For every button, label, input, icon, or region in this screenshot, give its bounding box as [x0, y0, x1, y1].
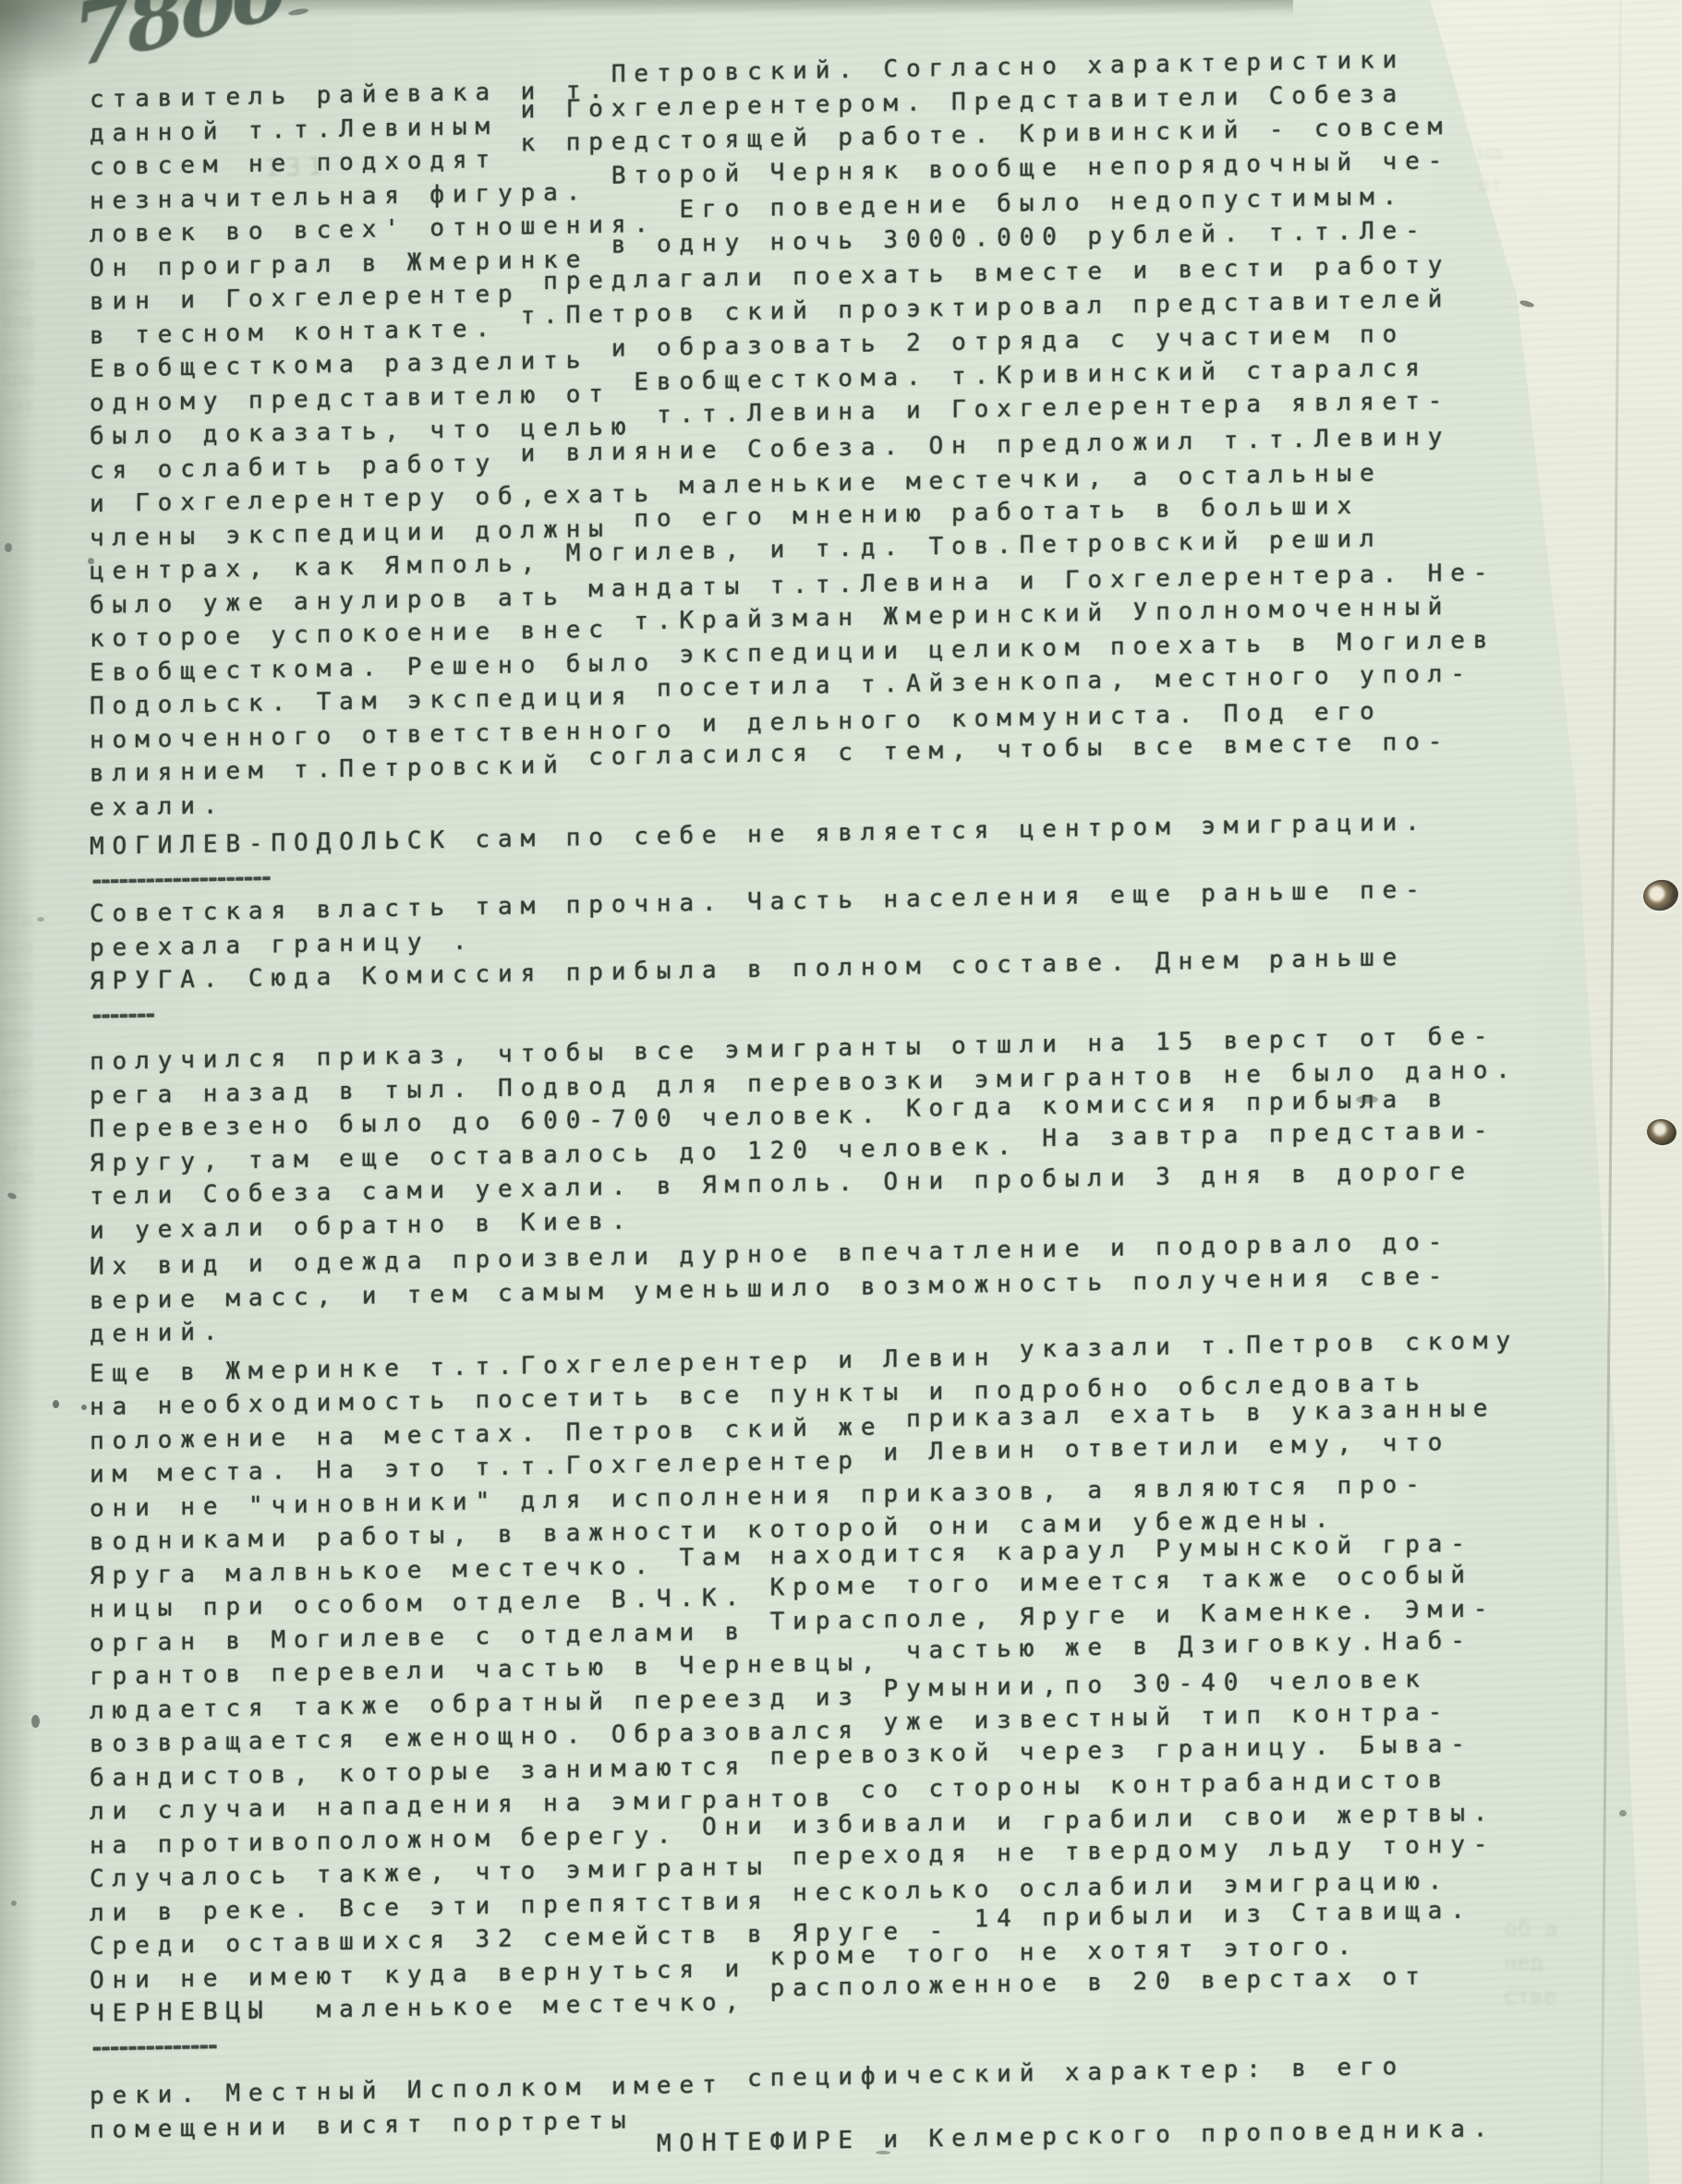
- dirt-speck: [11, 1900, 17, 1906]
- line-segment: МОНТЕФИРЕ и Келмерского проповедника.: [657, 2112, 1495, 2161]
- dirt-speck: [1356, 1095, 1378, 1104]
- dashed-underline: --------------: [90, 2029, 214, 2064]
- typed-line: МОГИЛЕВ-ПОДОЛЬСК сам по себе не является…: [90, 805, 1428, 863]
- dirt-speck: [37, 917, 44, 922]
- dirt-speck: [88, 558, 94, 564]
- dirt-speck: [53, 1400, 59, 1408]
- line-segment: МОГИЛЕВ-ПОДОЛЬСК сам по себе не является…: [90, 805, 1428, 863]
- dirt-speck: [5, 543, 12, 552]
- line-segment: --------------: [90, 2029, 214, 2064]
- dirt-speck: [288, 7, 309, 17]
- left-edge-shadow: [0, 0, 37, 2184]
- typed-line: дений.: [90, 1315, 225, 1351]
- line-segment: -------: [90, 997, 152, 1032]
- typed-text: ставитель райевака и т.Петровский. Согла…: [90, 56, 1567, 2170]
- dirt-speck: [6, 1191, 17, 1200]
- bleed-through-ghost-text: ств оро пол еро мен ани вес тов ого нло: [0, 905, 34, 1191]
- line-segment: указали т.Петров скому: [1020, 1323, 1519, 1366]
- line-segment: специфический характер: в его: [747, 2050, 1405, 2095]
- line-segment: Советская власть там прочна. Часть насел…: [90, 873, 1428, 931]
- handwritten-page-number: 78об: [70, 0, 289, 80]
- dirt-speck: [876, 2151, 890, 2154]
- dashed-underline: --------------------: [90, 861, 268, 898]
- dirt-speck: [1619, 1810, 1627, 1816]
- dashed-underline: -------: [90, 997, 152, 1032]
- line-segment: --------------------: [90, 861, 268, 898]
- dirt-speck: [31, 1715, 40, 1728]
- document-scan: 78об 131 ставитель райевака и т.Петровск…: [0, 0, 1682, 2184]
- bleed-through-ghost-text: зве рнс впе осо еры щат: [1, 249, 36, 421]
- line-segment: ехали.: [90, 789, 225, 825]
- line-segment: На завтра представи-: [1042, 1114, 1495, 1155]
- typed-line: ехали.: [90, 789, 225, 825]
- dirt-speck: [81, 1405, 87, 1410]
- line-segment: дений.: [90, 1315, 225, 1351]
- typed-line: Советская власть там прочна. Часть насел…: [90, 873, 1428, 931]
